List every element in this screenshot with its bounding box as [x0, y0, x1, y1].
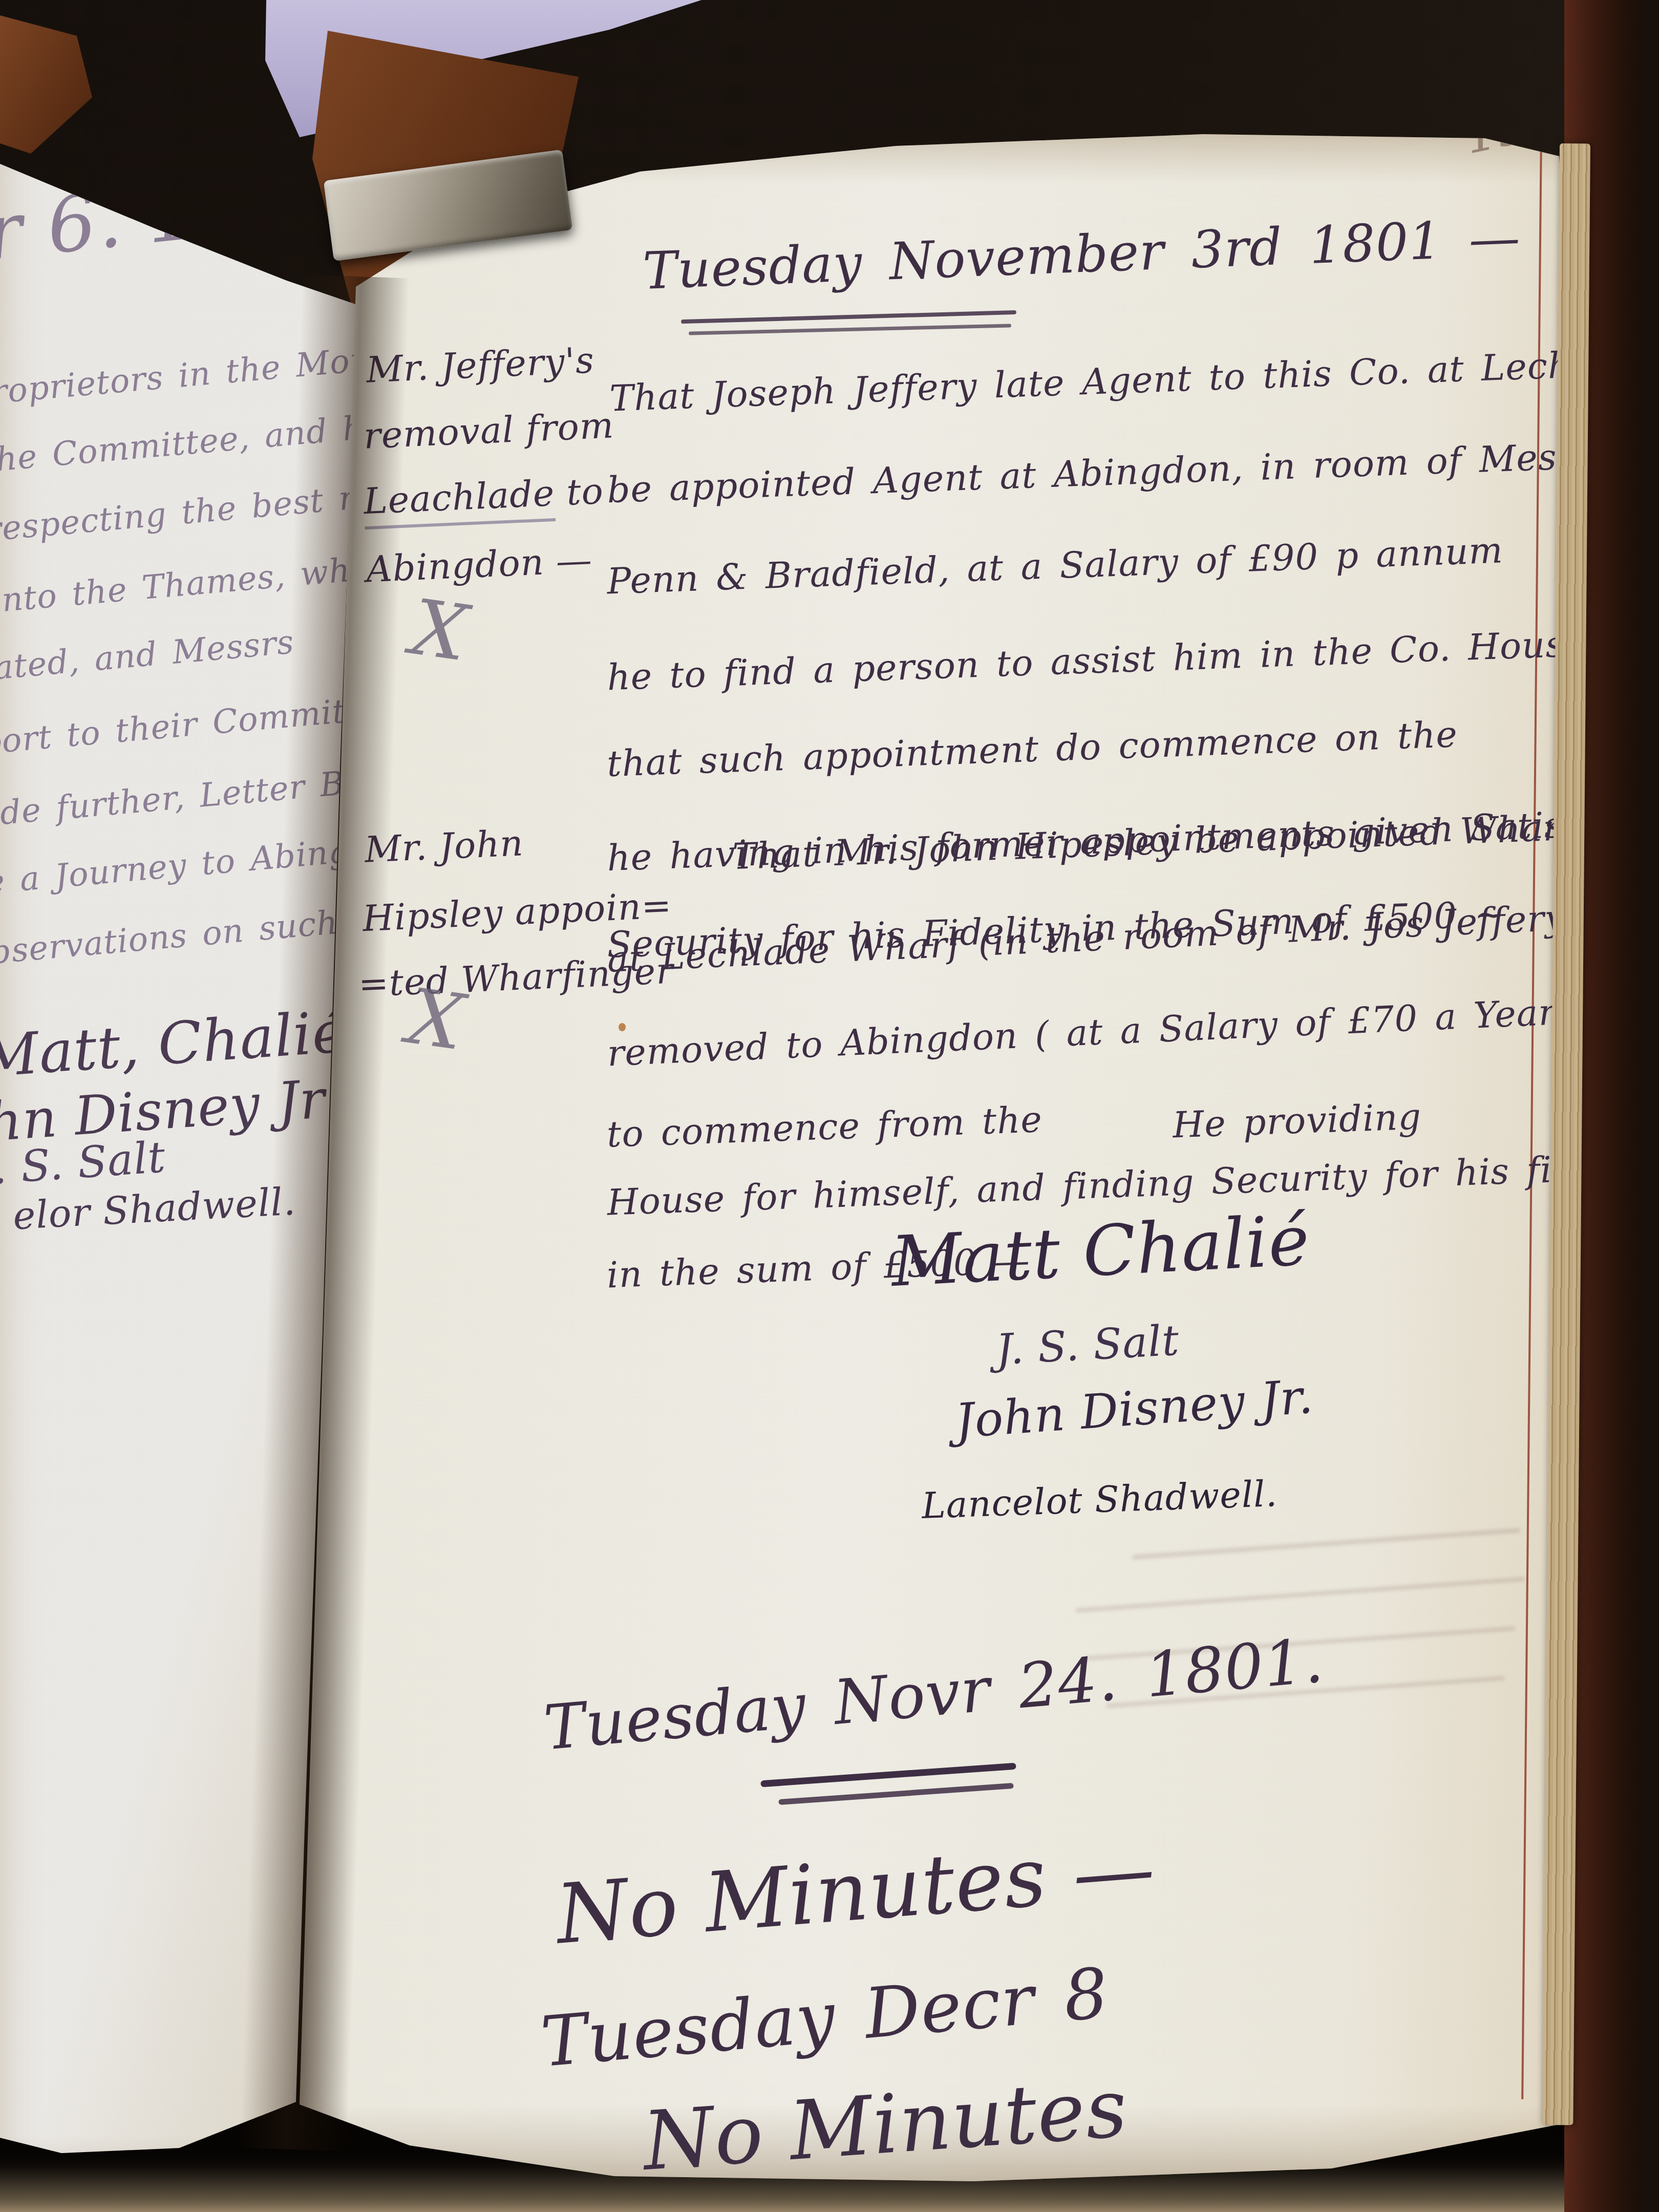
minute-body-line: to commence from the [606, 1098, 1043, 1156]
minute-body-line: he to find a person to assist him in the… [606, 620, 1659, 699]
photograph-of-open-minute-book: r 6. 1801. proprietors in the Monmouth f… [0, 0, 1659, 2212]
margin-note-line-rest: to [554, 470, 604, 514]
no-minutes-text: No Minutes [640, 2061, 1131, 2189]
margin-x-mark: X [402, 972, 469, 1068]
heading-underline [689, 324, 1011, 335]
minute-body-line: removed to Abingdon ( at a Salary of £70… [606, 991, 1557, 1075]
left-page-line: tated, and Messrs [0, 623, 295, 688]
rust-speck [619, 1023, 626, 1031]
heading-underline [778, 1783, 1014, 1805]
right-page: 195 Tuesday November 3rd 1801 — Mr. Jeff… [287, 128, 1577, 2186]
signature: John Disney Jr. [953, 1369, 1315, 1449]
meeting-heading-nov3: Tuesday November 3rd 1801 — [642, 207, 1521, 301]
margin-x-mark: X [406, 583, 473, 678]
ink-blot [172, 170, 203, 195]
minute-body-line: He providing [1172, 1096, 1422, 1146]
minute-body-line: that such appointment do commence on the [606, 713, 1458, 785]
show-through-marks [1132, 1528, 1521, 1560]
page-number: 195 [1460, 91, 1562, 165]
red-margin-rule [1521, 133, 1542, 2099]
cover-corner-leather [0, 10, 102, 164]
signature: J. S. Salt [995, 1316, 1181, 1375]
heading-underline [760, 1763, 1016, 1788]
minute-body-line: That Mr. John Hipesley be appointed Whar… [732, 803, 1659, 878]
minute-body-line: be appointed Agent at Abingdon, in room … [606, 434, 1613, 512]
meeting-heading-dec8: Tuesday Decr 8 [538, 1953, 1112, 2082]
signature: Matt Chalié [889, 1200, 1311, 1303]
left-page-signature: . S. Salt [0, 1132, 167, 1194]
no-minutes-text: No Minutes — [552, 1820, 1158, 1962]
heading-underline [681, 310, 1016, 324]
signature: Lancelot Shadwell. [921, 1473, 1278, 1527]
minute-body-line: That Joseph Jeffery late Agent to this C… [609, 342, 1651, 420]
meeting-heading-nov24: Tuesday Novr 24. 1801. [541, 1625, 1327, 1764]
minute-body-line: Penn & Bradfield, at a Salary of £90 p a… [606, 529, 1504, 602]
show-through-marks [1076, 1577, 1525, 1612]
